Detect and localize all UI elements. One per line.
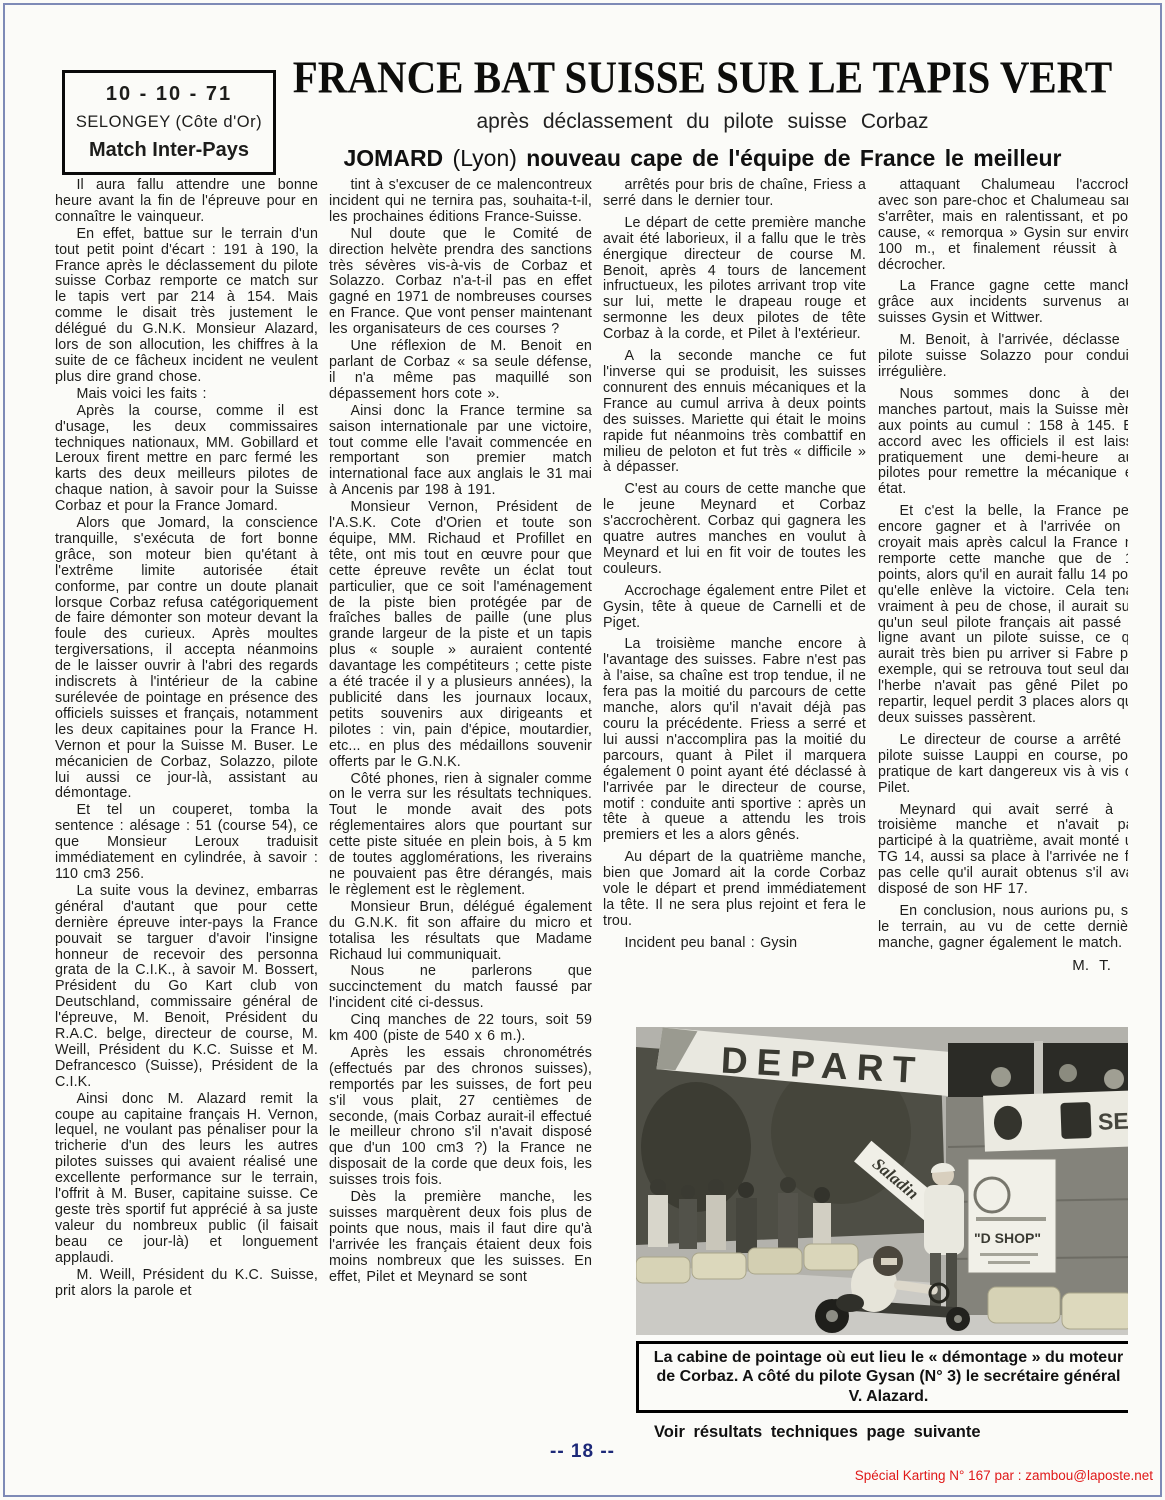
paragraph: Incident peu banal : Gysin bbox=[603, 936, 866, 952]
paragraph: Meynard qui avait serré à la troisième m… bbox=[878, 803, 1128, 898]
paragraph: Monsieur Brun, délégué également du G.N.… bbox=[329, 900, 592, 964]
text-column-1: Il aura fallu attendre une bonne heure a… bbox=[55, 178, 318, 1442]
main-headline: FRANCE BAT SUISSE SUR LE TAPIS VERT bbox=[285, 50, 1120, 104]
paragraph: Au départ de la quatrième manche, bien q… bbox=[603, 850, 866, 930]
paragraph: attaquant Chalumeau l'accroche avec son … bbox=[878, 178, 1128, 273]
secondary-headline: JOMARD (Lyon) nouveau cape de l'équipe d… bbox=[285, 145, 1120, 172]
paragraph: En effet, battue sur le terrain d'un tou… bbox=[55, 227, 318, 386]
photo-caption: La cabine de pointage où eut lieu le « d… bbox=[636, 1341, 1128, 1414]
event-location: SELONGEY (Côte d'Or) bbox=[71, 113, 267, 132]
paragraph: Le directeur de course a arrêté le pilot… bbox=[878, 733, 1128, 797]
page-number: -- 18 -- bbox=[0, 1441, 1165, 1463]
see-results-note: Voir résultats techniques page suivante bbox=[654, 1423, 1128, 1442]
paragraph: Mais voici les faits : bbox=[55, 387, 318, 403]
paragraph: La France gagne cette manche grâce aux i… bbox=[878, 279, 1128, 327]
secondary-headline-name: JOMARD bbox=[344, 145, 444, 171]
paragraph: La troisième manche encore à l'avantage … bbox=[603, 637, 866, 844]
photo-seb-text: SEB bbox=[1098, 1107, 1128, 1135]
dateline-box: 10 - 10 - 71 SELONGEY (Côte d'Or) Match … bbox=[62, 70, 276, 175]
photo-shop-poster: "D SHOP" bbox=[968, 1159, 1056, 1273]
right-half: arrêtés pour bris de chaîne, Friess a se… bbox=[603, 178, 1128, 1442]
paragraph: M. Weill, Président du K.C. Suisse, prit… bbox=[55, 1268, 318, 1300]
sub-headline: après déclassement du pilote suisse Corb… bbox=[285, 110, 1120, 134]
race-photo: DEPART bbox=[636, 1027, 1128, 1335]
paragraph: M. Benoit, à l'arrivée, déclasse le pilo… bbox=[878, 333, 1128, 381]
photo-spectator-head bbox=[1104, 1069, 1124, 1089]
paragraph: Cinq manches de 22 tours, soit 59 km 400… bbox=[329, 1013, 592, 1045]
right-columns: arrêtés pour bris de chaîne, Friess a se… bbox=[603, 178, 1128, 1027]
paragraph: Après les essais chronométrés (effectués… bbox=[329, 1046, 592, 1189]
paragraph: Et tel un couperet, tomba la sentence : … bbox=[55, 803, 318, 883]
photo-block: DEPART bbox=[636, 1027, 1128, 1443]
paragraph: Accrochage également entre Pilet et Gysi… bbox=[603, 584, 866, 632]
text-column-2: tint à s'excuser de ce malencontreux inc… bbox=[329, 178, 592, 1442]
issue-credit: Spécial Karting N° 167 par : zambou@lapo… bbox=[855, 1468, 1153, 1483]
text-column-4: attaquant Chalumeau l'accroche avec son … bbox=[878, 178, 1128, 1027]
paragraph: Nul doute que le Comité de direction hel… bbox=[329, 227, 592, 338]
magazine-page: 10 - 10 - 71 SELONGEY (Côte d'Or) Match … bbox=[0, 0, 1165, 1500]
article-body: Il aura fallu attendre une bonne heure a… bbox=[55, 178, 1128, 1442]
paragraph: En conclusion, nous aurions pu, sur le t… bbox=[878, 904, 1128, 952]
paragraph: Après la course, comme il est d'usage, l… bbox=[55, 404, 318, 515]
paragraph: Ainsi donc la France termine sa saison i… bbox=[329, 404, 592, 499]
paragraph: Dès la première manche, les suisses marq… bbox=[329, 1190, 592, 1285]
event-date: 10 - 10 - 71 bbox=[71, 83, 267, 106]
paragraph: Monsieur Vernon, Président de l'A.S.K. C… bbox=[329, 500, 592, 770]
paragraph: Une réflexion de M. Benoit en parlant de… bbox=[329, 339, 592, 403]
paragraph: tint à s'excuser de ce malencontreux inc… bbox=[329, 178, 592, 226]
paragraph: Nous ne parlerons que succinctement du m… bbox=[329, 964, 592, 1012]
secondary-headline-rest: nouveau cape de l'équipe de France le me… bbox=[526, 145, 1061, 171]
paragraph: Et c'est la belle, la France peut encore… bbox=[878, 504, 1128, 727]
masthead: 10 - 10 - 71 SELONGEY (Côte d'Or) Match … bbox=[0, 0, 1165, 176]
paragraph: A la seconde manche ce fut l'inverse qui… bbox=[603, 349, 866, 476]
event-type: Match Inter-Pays bbox=[71, 139, 267, 162]
author-signature: M. T. bbox=[878, 958, 1128, 974]
photo-spectator-head bbox=[991, 1067, 1011, 1087]
paragraph: Alors que Jomard, la conscience tranquil… bbox=[55, 516, 318, 802]
paragraph: Côté phones, rien à signaler comme on le… bbox=[329, 772, 592, 899]
paragraph: La suite vous la devinez, embarras génér… bbox=[55, 884, 318, 1091]
paragraph: Le départ de cette première manche avait… bbox=[603, 216, 866, 343]
text-column-4-paras: attaquant Chalumeau l'accroche avec son … bbox=[878, 178, 1128, 952]
paragraph: arrêtés pour bris de chaîne, Friess a se… bbox=[603, 178, 866, 210]
photo-spectator-head bbox=[1059, 1064, 1077, 1082]
headlines: FRANCE BAT SUISSE SUR LE TAPIS VERT aprè… bbox=[285, 0, 1120, 172]
paragraph: C'est au cours de cette manche que le je… bbox=[603, 482, 866, 577]
paragraph: Ainsi donc M. Alazard remit la coupe au … bbox=[55, 1092, 318, 1267]
photo-shop-text: "D SHOP" bbox=[974, 1230, 1041, 1246]
paragraph: Il aura fallu attendre une bonne heure a… bbox=[55, 178, 318, 226]
photo-seb-sign: SEB bbox=[983, 1090, 1128, 1152]
text-column-3: arrêtés pour bris de chaîne, Friess a se… bbox=[603, 178, 866, 1027]
paragraph: Nous sommes donc à deux manches partout,… bbox=[878, 387, 1128, 498]
secondary-headline-city: (Lyon) bbox=[443, 145, 526, 171]
